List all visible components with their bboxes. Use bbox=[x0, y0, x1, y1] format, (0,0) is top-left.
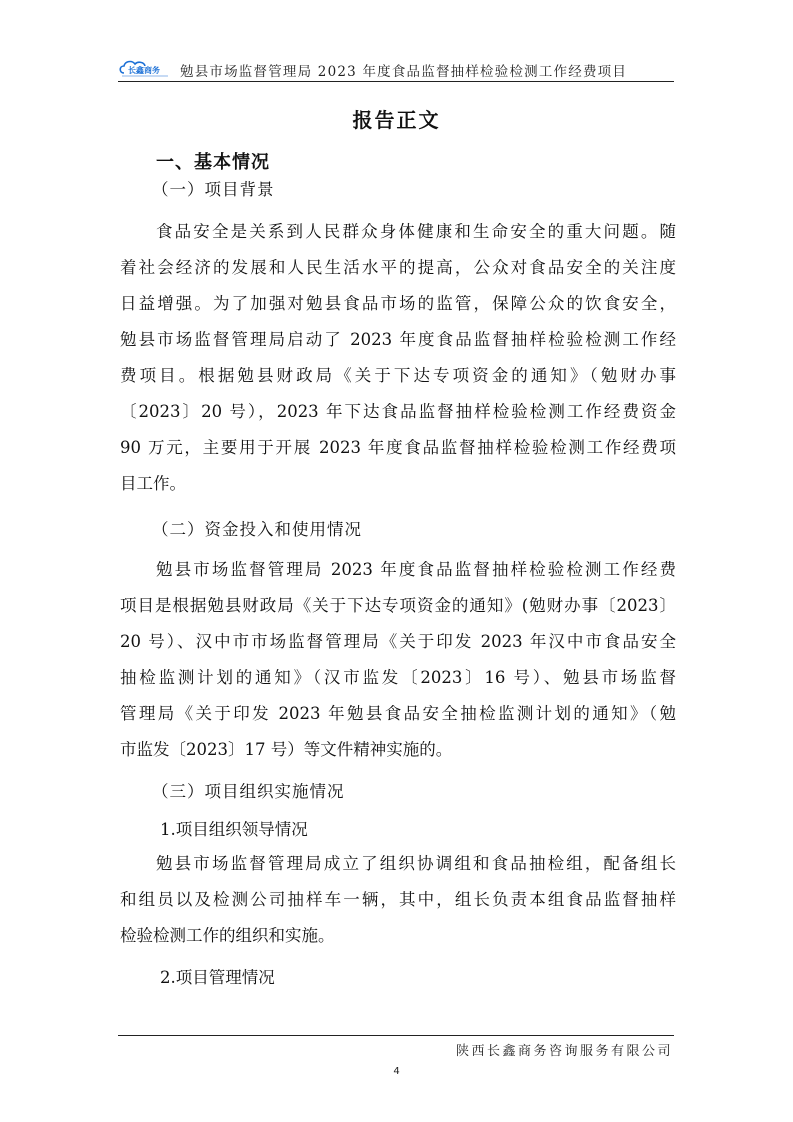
item-heading-leadership: 1.项目组织领导情况 bbox=[160, 816, 308, 840]
subheading-funding: （二）资金投入和使用情况 bbox=[152, 516, 362, 540]
subheading-project-background: （一）项目背景 bbox=[152, 176, 275, 200]
text-line: 抽检监测计划的通知》（汉市监发〔2023〕16 号）、勉县市场监督 bbox=[120, 660, 676, 696]
footer-company-name: 陕西长鑫商务咨询服务有限公司 bbox=[456, 1040, 673, 1059]
paragraph-leadership: 勉县市场监督管理局成立了组织协调组和食品抽检组，配备组长 和组员以及检测公司抽样… bbox=[120, 846, 676, 954]
subheading-implementation: （三）项目组织实施情况 bbox=[152, 778, 345, 802]
page-header: 长鑫商务 勉县市场监督管理局 2023 年度食品监督抽样检验检测工作经费项目 bbox=[118, 58, 674, 82]
paragraph-project-background: 食品安全是关系到人民群众身体健康和生命安全的重大问题。随 着社会经济的发展和人民… bbox=[120, 214, 676, 502]
company-logo-icon: 长鑫商务 bbox=[118, 58, 172, 78]
text-line: 20 号）、汉中市市场监督管理局《关于印发 2023 年汉中市食品安全 bbox=[120, 624, 676, 660]
text-line: 检验检测工作的组织和实施。 bbox=[120, 918, 676, 954]
header-divider bbox=[118, 81, 674, 82]
text-line: 勉县市场监督管理局 2023 年度食品监督抽样检验检测工作经费 bbox=[120, 552, 676, 588]
page-number: 4 bbox=[0, 1066, 793, 1077]
text-line: 食品安全是关系到人民群众身体健康和生命安全的重大问题。随 bbox=[120, 214, 676, 250]
text-line: 〔2023〕20 号），2023 年下达食品监督抽样检验检测工作经费资金 bbox=[120, 394, 676, 430]
item-heading-management: 2.项目管理情况 bbox=[160, 964, 275, 988]
text-line: 勉县市场监督管理局成立了组织协调组和食品抽检组，配备组长 bbox=[120, 846, 676, 882]
text-line: 和组员以及检测公司抽样车一辆，其中，组长负责本组食品监督抽样 bbox=[120, 882, 676, 918]
text-line: 着社会经济的发展和人民生活水平的提高，公众对食品安全的关注度 bbox=[120, 250, 676, 286]
section-heading-basic-info: 一、基本情况 bbox=[156, 148, 270, 174]
svg-text:长鑫商务: 长鑫商务 bbox=[128, 65, 160, 75]
text-line: 管理局《关于印发 2023 年勉县食品安全抽检监测计划的通知》（勉 bbox=[120, 696, 676, 732]
text-line: 费项目。根据勉县财政局《关于下达专项资金的通知》（勉财办事 bbox=[120, 358, 676, 394]
text-line: 市监发〔2023〕17 号）等文件精神实施的。 bbox=[120, 732, 676, 768]
paragraph-funding: 勉县市场监督管理局 2023 年度食品监督抽样检验检测工作经费 项目是根据勉县财… bbox=[120, 552, 676, 768]
page-title: 报告正文 bbox=[0, 104, 793, 133]
text-line: 勉县市场监督管理局启动了 2023 年度食品监督抽样检验检测工作经 bbox=[120, 322, 676, 358]
footer-divider bbox=[118, 1035, 674, 1036]
text-line: 目工作。 bbox=[120, 466, 676, 502]
text-line: 项目是根据勉县财政局《关于下达专项资金的通知》(勉财办事〔2023〕 bbox=[120, 588, 676, 624]
text-line: 日益增强。为了加强对勉县食品市场的监管，保障公众的饮食安全， bbox=[120, 286, 676, 322]
text-line: 90 万元，主要用于开展 2023 年度食品监督抽样检验检测工作经费项 bbox=[120, 430, 676, 466]
header-title: 勉县市场监督管理局 2023 年度食品监督抽样检验检测工作经费项目 bbox=[180, 60, 627, 80]
